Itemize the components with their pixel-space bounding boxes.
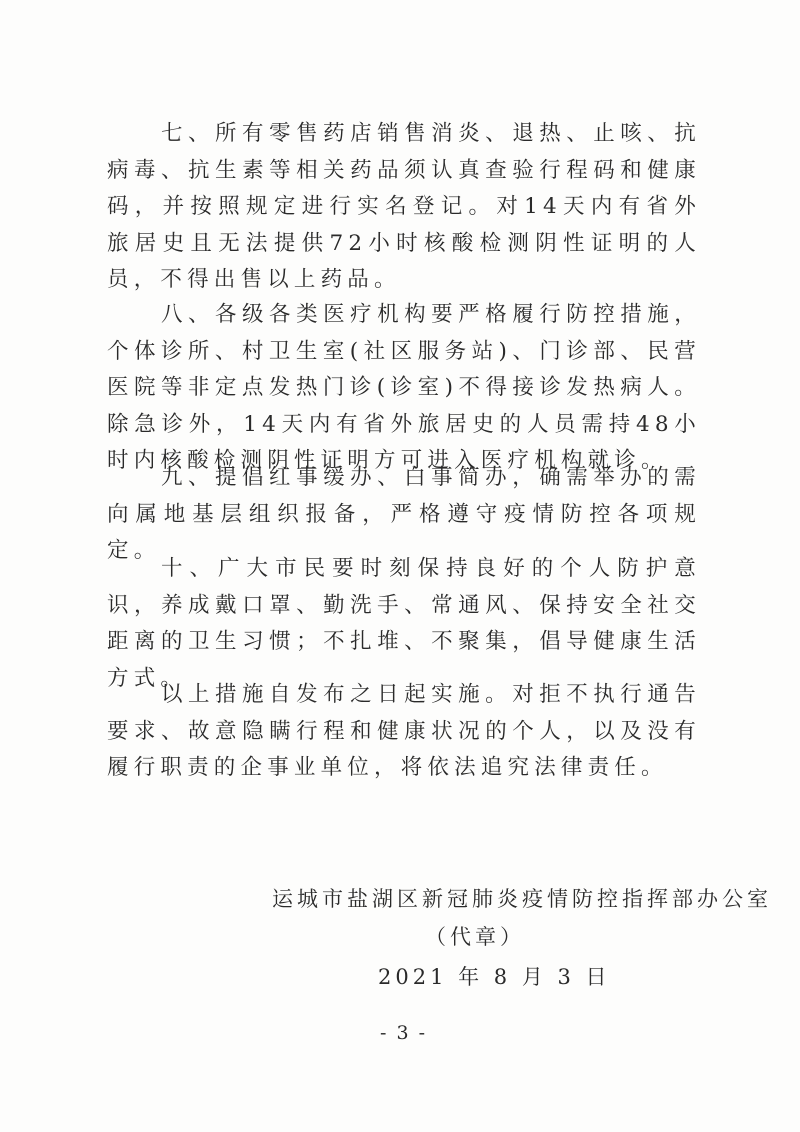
- paragraph-closing: 以上措施自发布之日起实施。对拒不执行通告要求、故意隐瞒行程和健康状况的个人，以及…: [107, 677, 701, 787]
- paragraph-7: 七、所有零售药店销售消炎、退热、止咳、抗病毒、抗生素等相关药品须认真查验行程码和…: [107, 116, 701, 299]
- document-page: 七、所有零售药店销售消炎、退热、止咳、抗病毒、抗生素等相关药品须认真查验行程码和…: [0, 0, 800, 1132]
- seal-note: （代章）: [425, 921, 525, 951]
- issuer-name: 运城市盐湖区新冠肺炎疫情防控指挥部办公室: [272, 883, 772, 913]
- issue-date: 2021 年 8 月 3 日: [378, 961, 611, 991]
- page-number: - 3 -: [380, 1022, 427, 1044]
- paragraph-10: 十、广大市民要时刻保持良好的个人防护意识，养成戴口罩、勤洗手、常通风、保持安全社…: [107, 551, 701, 697]
- paragraph-8: 八、各级各类医疗机构要严格履行防控措施，个体诊所、村卫生室(社区服务站)、门诊部…: [107, 297, 701, 480]
